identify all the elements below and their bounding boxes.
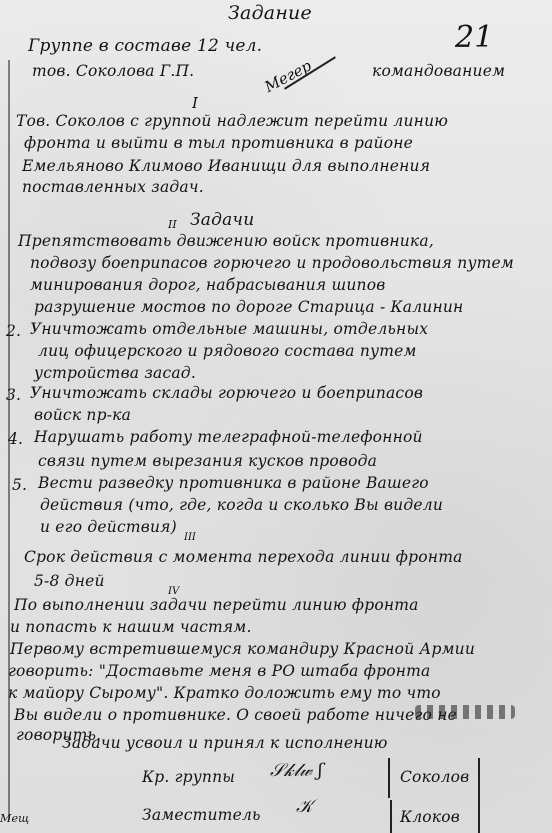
section-2-heading: Задачи bbox=[190, 210, 254, 230]
signature-scribble-deputy: 𝒦 bbox=[296, 796, 313, 817]
stamp-annotation: Мегер bbox=[262, 56, 315, 96]
task-4-line: связи путем вырезания кусков провода bbox=[38, 452, 377, 470]
task-1-line: минирования дорог, набрасывания шипов bbox=[30, 276, 385, 294]
signature-name-leader: Соколов bbox=[400, 768, 469, 786]
section-1-line: Емельяново Климово Иванищи для выполнени… bbox=[22, 157, 430, 175]
task-1-line: разрушение мостов по дороге Старица - Ка… bbox=[34, 298, 463, 316]
page-number: 21 bbox=[455, 20, 494, 55]
section-numeral-2: II bbox=[168, 218, 177, 231]
signature-box-divider bbox=[388, 758, 390, 798]
task-1-line: Препятствовать движению войск противника… bbox=[18, 232, 434, 250]
task-3-line: Уничтожать склады горючего и боеприпасов bbox=[30, 384, 423, 402]
task-2-number: 2. bbox=[6, 322, 21, 340]
ink-smudge bbox=[415, 705, 515, 719]
task-2-line: устройства засад. bbox=[34, 364, 196, 382]
task-2-line: лиц офицерского и рядового состава путем bbox=[38, 342, 417, 360]
task-2-line: Уничтожать отдельные машины, отдельных bbox=[30, 320, 428, 338]
signature-role-leader: Кр. группы bbox=[142, 768, 235, 786]
section-4-line: Первому встретившемуся командиру Красной… bbox=[10, 640, 475, 658]
task-3-number: 3. bbox=[6, 386, 21, 404]
signature-role-deputy: Заместитель bbox=[142, 806, 261, 824]
section-numeral-3: III bbox=[184, 532, 196, 543]
task-4-number: 4. bbox=[8, 430, 23, 448]
task-5-line: и его действия) bbox=[40, 518, 177, 536]
task-5-line: Вести разведку противника в районе Вашег… bbox=[38, 474, 429, 492]
document-title: Задание bbox=[228, 2, 312, 24]
section-4-line: и попасть к нашим частям. bbox=[10, 618, 252, 636]
signature-scribble-leader: 𝒮𝓀𝓁𝓌 ʃ bbox=[270, 760, 323, 781]
task-5-number: 5. bbox=[12, 476, 27, 494]
signature-box-border bbox=[478, 758, 480, 833]
section-3-line: 5-8 дней bbox=[34, 572, 105, 590]
section-4-line: говорить: "Доставьте меня в РО штаба фро… bbox=[8, 662, 430, 680]
acknowledgement-line: Задачи усвоил и принял к исполнению bbox=[62, 734, 388, 752]
section-1-line: Тов. Соколов с группой надлежит перейти … bbox=[16, 112, 448, 130]
task-4-line: Нарушать работу телеграфной-телефонной bbox=[34, 428, 423, 446]
header-line-group: Группе в составе 12 чел. bbox=[28, 36, 262, 56]
header-line-name: тов. Соколова Г.П. bbox=[32, 62, 194, 80]
section-4-line: По выполнении задачи перейти линию фронт… bbox=[14, 596, 419, 614]
section-3-line: Срок действия с момента перехода линии ф… bbox=[24, 548, 463, 566]
task-3-line: войск пр-ка bbox=[34, 406, 131, 424]
section-4-line: Вы видели о противнике. О своей работе н… bbox=[14, 706, 457, 724]
section-numeral-1: I bbox=[192, 94, 198, 112]
bottom-left-fragment: Мещ bbox=[0, 812, 29, 825]
task-5-line: действия (что, где, когда и сколько Вы в… bbox=[40, 496, 443, 514]
signature-box-divider bbox=[390, 800, 392, 833]
header-line-command: командованием bbox=[372, 62, 505, 80]
signature-name-deputy: Клоков bbox=[400, 808, 460, 826]
section-1-line: поставленных задач. bbox=[22, 178, 204, 196]
section-1-line: фронта и выйти в тыл противника в районе bbox=[24, 134, 413, 152]
section-4-line: к майору Сырому". Кратко доложить ему то… bbox=[8, 684, 441, 702]
task-1-line: подвозу боеприпасов горючего и продоволь… bbox=[30, 254, 514, 272]
scanned-document-page: Задание 21 Группе в составе 12 чел. тов.… bbox=[0, 0, 552, 833]
